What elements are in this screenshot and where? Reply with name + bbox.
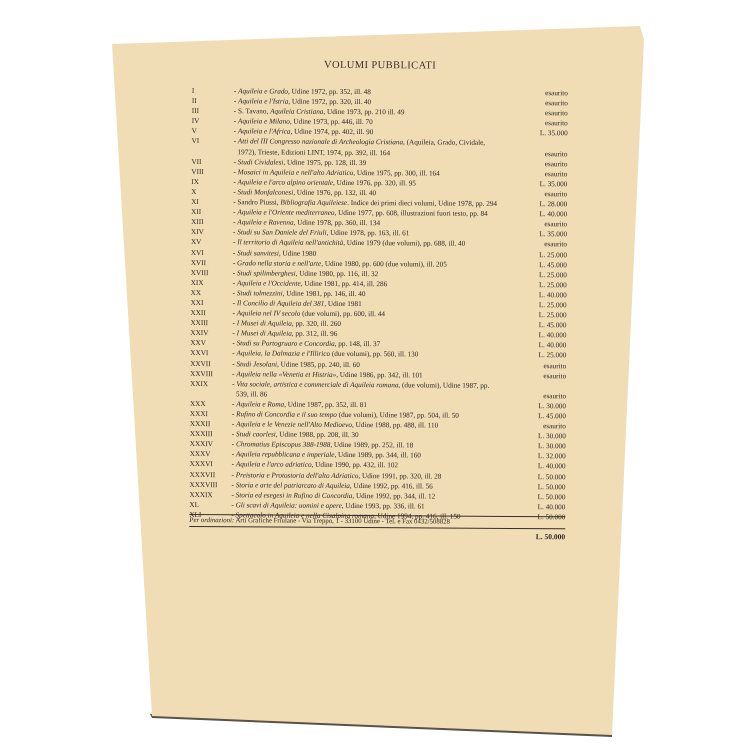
- volume-title: Studi caorlesi: [236, 430, 276, 438]
- volume-number: XXXIII: [190, 429, 232, 439]
- volume-price: esaurito: [497, 169, 567, 180]
- volume-details: , Udine 1981, pp. 414, ill. 286: [301, 279, 388, 288]
- volume-price: esaurito: [497, 219, 567, 230]
- volume-title: Aquileia e l'arco adriatico: [236, 461, 312, 469]
- volume-details: , Udine 1981: [324, 300, 361, 308]
- volume-number: X: [191, 187, 233, 197]
- volume-price: esaurito: [498, 108, 568, 119]
- volume-title: Vita sociale, artistica e commerciale di…: [236, 380, 398, 389]
- volume-number: XVII: [191, 258, 233, 268]
- volume-title: Studi Monfalconesi: [237, 188, 293, 196]
- volume-title: Studi Jesolani: [236, 360, 277, 368]
- volume-number: XIV: [191, 227, 233, 237]
- volume-price: L. 40.000: [497, 290, 567, 301]
- volume-number: VIII: [191, 167, 233, 177]
- volume-details: , Udine 1988, pp. 208, ill. 30: [276, 431, 359, 440]
- volume-title: Aquileia, la Dalmazia e l'Illirico: [236, 350, 330, 359]
- volume-price: L. 45.000: [496, 411, 566, 422]
- volume-price: L. 30.000: [496, 431, 566, 442]
- volume-number: IV: [192, 116, 234, 126]
- volume-details: , Udine 1993, pp. 336, ill. 61: [342, 502, 425, 511]
- volume-number: IX: [191, 177, 233, 187]
- volume-price: L. 28.000: [497, 199, 567, 210]
- volume-number: XXIX: [190, 379, 232, 389]
- volume-details: , Udine 1980, pp. 600 (due volumi), ill.…: [321, 259, 447, 268]
- volume-price: esaurito: [496, 421, 566, 432]
- volume-price: L. 45.000: [497, 259, 567, 270]
- volume-number: XXV: [190, 338, 232, 348]
- volume-price: L. 50.000: [495, 492, 565, 503]
- volume-price: L. 40.000: [497, 209, 567, 220]
- volume-price: L. 50.000: [495, 482, 565, 493]
- volume-details: , Udine 1978, pp. 360, ill. 134: [294, 219, 381, 228]
- volume-number: XXIII: [190, 318, 232, 328]
- volume-details: (due volumi), pp. 600, ill. 44: [300, 310, 385, 319]
- volume-price: esaurito: [498, 98, 568, 109]
- volume-price: L. 40.000: [495, 502, 565, 513]
- volume-title: Storia ed esegesi in Rufino di Concordia: [236, 491, 353, 500]
- volume-price: L. 35.000: [497, 179, 567, 190]
- volume-details: , Udine 1977, pp. 608, illustrazioni fuo…: [335, 209, 488, 218]
- volume-number: XVI: [191, 247, 233, 257]
- volume-price: L. 50.000: [496, 471, 566, 482]
- volume-price: L. 25.000: [497, 249, 567, 260]
- volume-price: L. 25.000: [496, 350, 566, 361]
- volume-details: , pp. 148, ill. 37: [335, 340, 381, 348]
- volume-price: esaurito: [496, 391, 566, 402]
- volume-title: Studi Cividalesi: [238, 158, 284, 166]
- volume-number: XV: [191, 237, 233, 247]
- volume-number: XXXIX: [189, 490, 231, 500]
- volume-price: esaurito: [497, 159, 567, 170]
- volume-price: L. 30.000: [496, 401, 566, 412]
- volume-title: Atti del III Congresso nazionale di Arch…: [238, 138, 403, 147]
- volume-entry: VI- Atti del III Congresso nazionale di …: [192, 136, 568, 158]
- volume-title: Preistoria e Protostoria dell'alto Adria…: [236, 471, 359, 480]
- volume-price: esaurito: [498, 118, 568, 129]
- volume-details: , Udine 1992, pp. 416, ill. 56: [350, 482, 433, 491]
- volume-details: , Udine 1985, pp. 240, ill. 60: [277, 360, 360, 369]
- volume-details: , Udine 1975, pp. 128, ill. 39: [283, 158, 366, 167]
- volume-title: Gli scavi di Aquileia: uomini e opere: [236, 501, 342, 510]
- volume-details: , pp. 320, ill. 260: [292, 320, 341, 328]
- volume-details: , Udine 1986, pp. 342, ill. 101: [336, 371, 423, 380]
- published-volumes-list: VOLUMI PUBBLICATI I- Aquileia e Grado, U…: [189, 78, 568, 542]
- volume-number: XL: [189, 500, 231, 510]
- volume-price: esaurito: [497, 239, 567, 250]
- volume-author: S. Tavano,: [238, 107, 270, 115]
- volume-details: , Udine 1981, pp. 146, ill. 40: [283, 289, 366, 298]
- volume-price: L. 35.000: [498, 128, 568, 139]
- volume-details: , Udine 1991, pp. 320, ill. 28: [358, 472, 441, 481]
- volume-number: XXXII: [190, 419, 232, 429]
- volume-number: XVIII: [191, 268, 233, 278]
- volume-number: XXXVIII: [189, 480, 231, 490]
- volume-description: - Vita sociale, artistica e commerciale …: [232, 379, 496, 401]
- volume-number: III: [192, 106, 234, 116]
- volume-title: Aquileia nel IV secolo: [237, 309, 301, 317]
- volume-details: . Indice dei primi dieci volumi, Udine 1…: [347, 199, 497, 208]
- volume-number: XI: [191, 197, 233, 207]
- volume-title: I Musei di Aquileia: [237, 330, 292, 338]
- volume-details: , Udine 1976, pp. 320, ill. 95: [333, 179, 416, 188]
- volume-number: XXVIII: [190, 369, 232, 379]
- volume-title: Aquileia e l'Oriente mediterraneo: [237, 208, 334, 217]
- volume-description: - Atti del III Congresso nazionale di Ar…: [234, 137, 498, 159]
- volume-title: Studi sanvitesi: [237, 249, 279, 257]
- volume-title: Bibliografia Aquileiese: [280, 199, 347, 207]
- volume-price: L. 45.000: [496, 320, 566, 331]
- volume-number: VI: [192, 136, 234, 146]
- volume-number: XXIV: [190, 328, 232, 338]
- volume-details: , Udine 1974, pp. 402, ill. 90: [290, 128, 373, 137]
- volume-details: , Udine 1979 (due volumi), pp. 688, ill.…: [343, 239, 465, 248]
- volume-title: Studi su Portogruaro e Concordia: [237, 340, 335, 349]
- volume-number: XII: [191, 207, 233, 217]
- volume-title: Spettacolo in Aquileia e nella Cisalpina…: [236, 511, 375, 520]
- volume-entries: I- Aquileia e Grado, Udine 1972, pp. 352…: [189, 86, 568, 522]
- volume-title: Studi spilimberghesi: [237, 269, 296, 277]
- volume-number: II: [192, 96, 234, 106]
- volume-title: Aquileia Cristiana: [270, 108, 323, 116]
- volume-price: L. 50.000: [495, 512, 565, 523]
- volume-number: XXXI: [190, 409, 232, 419]
- volume-title: Aquileia e Milano: [238, 118, 290, 126]
- volume-number: XXXVII: [190, 470, 232, 480]
- volume-details: , Udine 1990, pp. 432, ill. 102: [312, 461, 399, 470]
- volume-details: , Udine 1988, pp. 488, ill. 110: [352, 421, 438, 430]
- volume-title: Studi tolmezzini: [237, 289, 283, 297]
- volume-number: XIX: [191, 278, 233, 288]
- volume-details: , Udine 1994, pp. 416, ill. 150: [374, 512, 461, 521]
- volume-title: Chromatius Episcopus 388-1988: [236, 441, 330, 450]
- volume-price: esaurito: [496, 370, 566, 381]
- volume-price: esaurito: [498, 148, 568, 159]
- volume-title: Aquileia e Ravenna: [237, 218, 293, 226]
- volume-price: L. 32.000: [496, 451, 566, 462]
- volume-price: L. 40.000: [496, 461, 566, 472]
- volume-price: L. 25.000: [497, 310, 567, 321]
- volume-title: Aquileia e le Venezie nell'Alto Medioevo: [236, 420, 352, 429]
- volume-number: XXII: [191, 308, 233, 318]
- volume-title: Studi su San Daniele del Friuli: [237, 229, 326, 238]
- volume-details: , Udine 1972, pp. 320, ill. 40: [288, 98, 371, 107]
- volume-price: L. 30.000: [496, 441, 566, 452]
- volume-price: L. 25.000: [497, 300, 567, 311]
- volume-details: , Udine 1992, pp. 344, ill. 12: [352, 492, 435, 501]
- volume-title: Aquileia nella «Venetia et Histria»: [236, 370, 336, 379]
- volume-price: esaurito: [498, 88, 568, 99]
- volume-description: - Spettacolo in Aquileia e nella Cisalpi…: [231, 510, 495, 522]
- volume-details: , Udine 1975, pp. 300, ill. 164: [353, 169, 440, 178]
- volume-details: , Udine 1980: [279, 249, 316, 257]
- volume-details: , Udine 1978, pp. 163, ill. 61: [326, 229, 409, 238]
- volume-details: , Udine 1973, pp. 446, ill. 70: [290, 118, 373, 127]
- volume-price: esaurito: [497, 189, 567, 200]
- volume-details: , pp. 312, ill. 96: [292, 330, 338, 338]
- volume-details: (due volumi), Udine 1987, pp. 504, ill. …: [337, 411, 459, 420]
- volume-title: I Musei di Aquileia: [237, 319, 292, 327]
- volume-title: Mosaici in Aquileia e nell'alto Adriatic…: [238, 168, 354, 177]
- volume-title: Il territorio di Aquileia nell'antichità: [237, 239, 343, 248]
- volume-title: Il Concilio di Aquileia del 381: [237, 299, 325, 308]
- volume-number: V: [192, 126, 234, 136]
- volume-price: L. 40.000: [496, 340, 566, 351]
- volume-number: XXVI: [190, 348, 232, 358]
- volume-title: Aquileia e l'Occidente: [237, 279, 301, 287]
- volume-entry: XXIX- Vita sociale, artistica e commerci…: [190, 379, 566, 401]
- volume-details: , Udine 1973, pp. 210 ill. 49: [323, 108, 404, 116]
- volume-title: Aquileia e l'Africa: [238, 128, 291, 136]
- volume-number: VII: [191, 157, 233, 167]
- volume-author: Sandro Piussi,: [237, 198, 280, 206]
- volume-title: Aquileia e Grado: [238, 87, 288, 95]
- volume-details: , Udine 1987, pp. 352, ill. 81: [284, 400, 367, 409]
- volume-details: , Udine 1976, pp. 132, ill. 40: [293, 189, 376, 198]
- volume-price: L. 25.000: [497, 270, 567, 281]
- volume-title: Rufino di Concordia e il suo tempo: [236, 410, 337, 419]
- volume-number: XXXV: [190, 449, 232, 459]
- volume-title: Aquileia e l'arco alpino orientale: [238, 178, 334, 187]
- volume-number: XXI: [191, 298, 233, 308]
- volume-details: , Udine 1989, pp. 252, ill. 18: [330, 441, 413, 450]
- volume-number: XXXIV: [190, 439, 232, 449]
- volume-title: Aquileia e l'Istria: [238, 97, 288, 105]
- volume-title: Aquileia repubblicana e imperiale: [236, 451, 335, 460]
- volume-details: (due volumi), pp. 560, ill. 130: [330, 350, 418, 359]
- volume-title: Grado nella storia e nell'arte: [237, 259, 321, 268]
- volume-number: XIII: [191, 217, 233, 227]
- volume-details: , Udine 1980, pp. 116, ill. 32: [296, 269, 379, 278]
- volume-number: XLI: [189, 510, 231, 520]
- volume-number: XXXVI: [190, 459, 232, 469]
- volume-price: L. 40.000: [496, 330, 566, 341]
- volume-number: XXX: [190, 399, 232, 409]
- volume-price: L. 35.000: [497, 229, 567, 240]
- volume-number: I: [192, 86, 234, 96]
- volume-price: L. 25.000: [497, 280, 567, 291]
- volume-title: Storia e arte del patriarcato di Aquilei…: [236, 481, 350, 490]
- volume-number: XX: [191, 288, 233, 298]
- volume-price: esaurito: [496, 360, 566, 371]
- volume-details: , Udine 1989, pp. 344, ill. 160: [334, 451, 421, 460]
- volume-title: Aquileia e Roma: [236, 400, 284, 408]
- volume-details: , Udine 1972, pp. 352, ill. 48: [288, 88, 371, 97]
- volume-number: XXVII: [190, 359, 232, 369]
